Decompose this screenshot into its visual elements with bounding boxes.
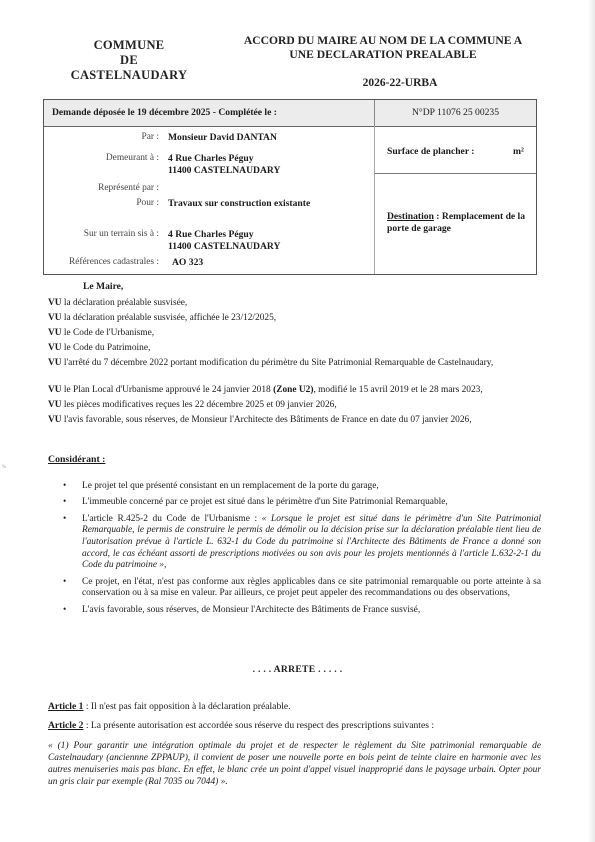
considerant-item: •L'avis favorable, sous réserves, de Mon…	[62, 605, 541, 617]
value-par: Monsieur David DANTAN	[168, 132, 277, 144]
bullet-icon: •	[63, 481, 66, 493]
vu-keyword: VU	[48, 400, 62, 410]
value-terrain: 4 Rue Charles Péguy 11400 CASTELNAUDARY	[168, 229, 280, 253]
vu-keyword: VU	[48, 313, 62, 323]
vu-text: la déclaration préalable susvisée,	[62, 298, 188, 308]
title-line: UNE DECLARATION PREALABLE	[218, 48, 548, 62]
vu-keyword: VU	[48, 343, 62, 353]
label-demeurant: Demeurant à :	[0, 153, 159, 163]
label-represente: Représenté par :	[0, 183, 159, 193]
considerant-item: •Ce projet, en l'état, n'est pas conform…	[62, 577, 541, 600]
article-text: : Il n'est pas fait opposition à la décl…	[83, 701, 290, 712]
item-text: L'avis favorable, sous réserves, de Mons…	[82, 605, 420, 615]
item-text: Le projet tel que présenté consistant en…	[82, 481, 379, 491]
vu-text: la déclaration préalable susvisée, affic…	[62, 313, 277, 323]
destination: Destination : Remplacement de la porte d…	[387, 211, 537, 235]
title-line: ACCORD DU MAIRE AU NOM DE LA COMMUNE A	[218, 34, 548, 48]
vu-text: le Code de l'Urbanisme,	[62, 328, 155, 338]
vu-keyword: VU	[48, 298, 62, 308]
divider	[375, 173, 536, 174]
document-title: ACCORD DU MAIRE AU NOM DE LA COMMUNE A U…	[218, 34, 548, 62]
vu-item: VU l'avis favorable, sous réserves, de M…	[48, 414, 541, 426]
document-page: % COMMUNE DE CASTELNAUDARY ACCORD DU MAI…	[0, 0, 595, 842]
bullet-icon: •	[63, 605, 66, 617]
considerant-item: •Le projet tel que présenté consistant e…	[62, 481, 541, 493]
submission-date: Demande déposée le 19 décembre 2025 - Co…	[52, 107, 277, 118]
vu-item: VU l'arrêté du 7 décembre 2022 portant m…	[48, 357, 541, 369]
vu-text: , modifié le 15 avril 2019 et le 28 mars…	[313, 385, 482, 395]
vu-text: les pièces modificatives reçues les 22 d…	[62, 400, 337, 410]
label-terrain: Sur un terrain sis à :	[0, 229, 159, 239]
commune-name: COMMUNE DE CASTELNAUDARY	[58, 38, 200, 83]
request-header: Demande déposée le 19 décembre 2025 - Co…	[44, 100, 536, 127]
vu-item: VU la déclaration préalable susvisée,	[48, 297, 541, 309]
plu-zone: (Zone U2)	[273, 385, 313, 395]
vu-item: VU les pièces modificatives reçues les 2…	[48, 399, 541, 411]
vu-text: l'avis favorable, sous réserves, de Mons…	[62, 415, 472, 425]
vu-item: VU la déclaration préalable susvisée, af…	[48, 312, 541, 324]
considerant-list: •Le projet tel que présenté consistant e…	[62, 481, 541, 621]
vu-item: VU le Plan Local d'Urbanisme approuvé le…	[48, 384, 541, 396]
scan-artifact: %	[2, 465, 6, 470]
bullet-icon: •	[63, 497, 66, 509]
commune-line: CASTELNAUDARY	[58, 68, 200, 83]
maire-heading: Le Maire,	[83, 281, 123, 292]
dossier-number: N°DP 11076 25 00235	[375, 107, 536, 118]
page-edge	[589, 0, 595, 842]
destination-label: Destination	[387, 211, 434, 222]
vu-keyword: VU	[48, 328, 62, 338]
vu-keyword: VU	[48, 415, 62, 425]
vu-text: le Plan Local d'Urbanisme approuvé le 24…	[62, 385, 274, 395]
article-1: Article 1 : Il n'est pas fait opposition…	[48, 701, 541, 712]
commune-line: COMMUNE	[58, 38, 200, 53]
label-cadastre: Références cadastrales :	[0, 257, 159, 267]
label-pour: Pour :	[0, 198, 159, 208]
article-label: Article 1	[48, 701, 83, 712]
value-cadastre: AO 323	[172, 257, 203, 269]
value-demeurant: 4 Rue Charles Péguy 11400 CASTELNAUDARY	[168, 153, 280, 177]
divider	[374, 126, 375, 274]
commune-line: DE	[58, 53, 200, 68]
prescription-text: « (1) Pour garantir une intégration opti…	[48, 740, 541, 788]
surface-label: Surface de plancher :	[387, 146, 475, 157]
label-par: Par :	[0, 132, 159, 142]
item-text: Ce projet, en l'état, n'est pas conforme…	[82, 577, 541, 599]
item-text: L'immeuble concerné par ce projet est si…	[82, 497, 448, 507]
arrete-heading: . . . . ARRETE . . . . .	[0, 664, 595, 675]
field-labels: Par : Demeurant à : Représenté par : Pou…	[44, 126, 159, 274]
vu-keyword: VU	[48, 385, 62, 395]
surface-unit: m²	[513, 146, 524, 157]
vu-item: VU le Code du Patrimoine,	[48, 342, 541, 354]
bullet-icon: •	[63, 577, 66, 589]
vu-item: VU le Code de l'Urbanisme,	[48, 327, 541, 339]
considerant-item: •L'immeuble concerné par ce projet est s…	[62, 497, 541, 509]
bullet-icon: •	[63, 514, 66, 526]
item-text: L'article R.425-2 du Code de l'Urbanisme…	[82, 514, 262, 524]
vu-keyword: VU	[48, 358, 62, 368]
reference-number: 2026-22-URBA	[300, 77, 500, 89]
considerant-item: •L'article R.425-2 du Code de l'Urbanism…	[62, 514, 541, 572]
vu-text: l'arrêté du 7 décembre 2022 portant modi…	[62, 358, 494, 368]
article-text: : La présente autorisation est accordée …	[83, 720, 434, 731]
article-label: Article 2	[48, 720, 83, 731]
article-2: Article 2 : La présente autorisation est…	[48, 720, 541, 731]
request-box: Demande déposée le 19 décembre 2025 - Co…	[43, 99, 537, 275]
considerant-heading: Considérant :	[48, 454, 105, 465]
vu-text: le Code du Patrimoine,	[62, 343, 151, 353]
value-pour: Travaux sur construction existante	[168, 198, 310, 210]
